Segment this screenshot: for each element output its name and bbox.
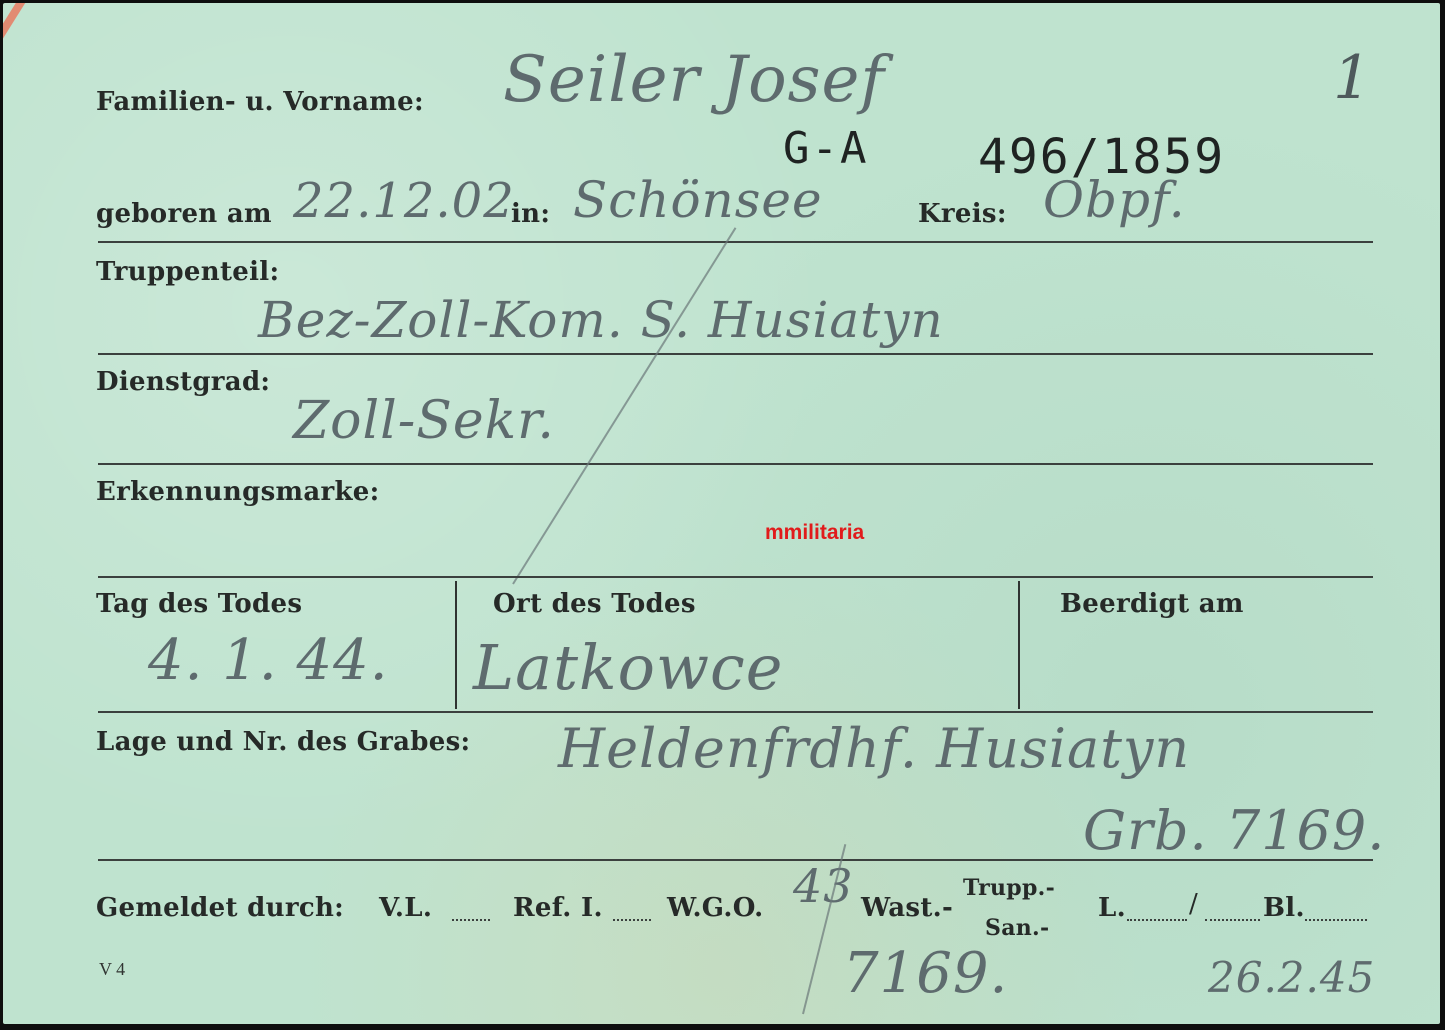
column-divider-1	[455, 581, 457, 709]
district-value: Obpf.	[1043, 171, 1186, 229]
rule-2	[98, 353, 1373, 355]
stamp-prefix: G-A	[783, 123, 868, 174]
reported-ref-label: Ref. I.	[513, 893, 603, 923]
handwritten-date: 26.2.45	[1208, 953, 1375, 1002]
death-place-value: Latkowce	[473, 631, 783, 704]
reported-vl-dots	[452, 917, 490, 921]
id-tag-label: Erkennungsmarke:	[96, 477, 380, 507]
reported-trupp-label: Trupp.-	[963, 875, 1055, 901]
reported-wgo-label: W.G.O.	[667, 893, 764, 923]
reported-l-dots-2	[1205, 917, 1260, 921]
reported-by-label: Gemeldet durch:	[96, 893, 344, 923]
reported-l-label: L.	[1098, 893, 1126, 923]
rule-5	[98, 711, 1373, 713]
death-place-label: Ort des Todes	[493, 589, 696, 619]
rank-label: Dienstgrad:	[96, 367, 270, 397]
reported-wgo-value: 43	[793, 859, 854, 913]
reported-wast-label: Wast.-	[861, 893, 953, 923]
form-code: V 4	[99, 959, 125, 980]
burial-date-label: Beerdigt am	[1060, 589, 1244, 619]
reported-l-dots	[1127, 917, 1187, 921]
grave-value-line2: Grb. 7169.	[1083, 799, 1385, 862]
reported-ref-dots	[613, 917, 651, 921]
birth-date-value: 22.12.02	[293, 173, 515, 229]
name-value: Seiler Josef	[503, 43, 885, 117]
name-label: Familien- u. Vorname:	[96, 87, 424, 117]
reported-san-label: San.-	[985, 915, 1049, 941]
grave-label: Lage und Nr. des Grabes:	[96, 727, 470, 757]
birth-place-label: in:	[511, 199, 550, 229]
rule-4	[98, 576, 1373, 578]
corner-mark: 1	[1333, 43, 1372, 113]
red-crayon-mark	[3, 3, 97, 49]
birth-place-value: Schönsee	[573, 171, 823, 229]
handwritten-reference: 7169.	[843, 941, 1008, 1006]
rule-6	[98, 859, 1373, 861]
reported-bl-dots	[1305, 917, 1367, 921]
birth-date-label: geboren am	[96, 199, 272, 229]
reported-vl-label: V.L.	[379, 893, 432, 923]
grave-value-line1: Heldenfrdhf. Husiatyn	[558, 717, 1190, 780]
rule-1	[98, 241, 1373, 243]
reported-bl-label: Bl.	[1263, 893, 1305, 923]
unit-value: Bez-Zoll-Kom. S. Husiatyn	[258, 291, 944, 349]
rule-3	[98, 463, 1373, 465]
reported-slash: /	[1189, 889, 1198, 919]
death-record-card: 1 Familien- u. Vorname: Seiler Josef G-A…	[3, 3, 1440, 1024]
unit-label: Truppenteil:	[96, 257, 279, 287]
rank-value: Zoll-Sekr.	[293, 391, 555, 451]
district-label: Kreis:	[918, 199, 1007, 229]
watermark: mmilitaria	[765, 521, 864, 545]
death-date-value: 4. 1. 44.	[148, 628, 389, 693]
column-divider-2	[1018, 581, 1020, 709]
death-date-label: Tag des Todes	[96, 589, 302, 619]
